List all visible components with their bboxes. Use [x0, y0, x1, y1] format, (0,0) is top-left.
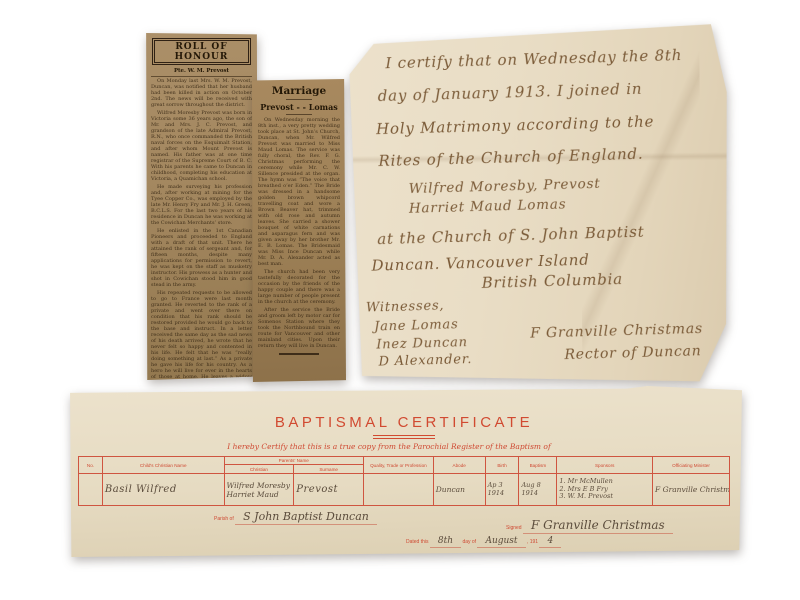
col-baptism: Baptism Aug 8 1914 — [519, 457, 557, 505]
witness-signature: D Alexander. — [378, 352, 472, 370]
cell-birth: Ap 3 1914 — [486, 474, 519, 505]
divider-rule — [286, 114, 312, 115]
parish-label: Parish of — [214, 516, 234, 522]
cell-baptism: Aug 8 1914 — [519, 474, 556, 505]
certify-line: I hereby Certify that this is a true cop… — [66, 442, 712, 451]
photo-of-documents: ROLL OF HONOUR Pte. W. M. Prevost On Mon… — [0, 0, 800, 600]
roll-of-honour-headline-text: ROLL OF HONOUR — [175, 42, 229, 62]
col-birth: Birth Ap 3 1914 — [486, 457, 520, 505]
witness-signature: Inez Duncan — [376, 335, 468, 353]
letter-paper: I certify that on Wednesday the 8th day … — [349, 24, 730, 385]
dated-label: Dated this — [406, 539, 429, 545]
signed-value: F Granville Christmas — [523, 518, 673, 534]
parents-subcolumns: Christian Wilfred Moresby Harriet Maud S… — [225, 465, 364, 505]
col-minister: Officiating Minister F Granville Christm… — [653, 457, 729, 505]
col-abode: Abode Duncan — [434, 457, 486, 505]
dated-day-value: 8th — [430, 536, 461, 548]
cell-parents-surname: Prevost — [294, 474, 363, 505]
col-quality: Quality, Trade or Profession — [364, 457, 434, 505]
rector-title: Rector of Duncan — [564, 343, 702, 363]
subcol-christian: Christian Wilfred Moresby Harriet Maud — [225, 465, 295, 505]
parish-value: S John Baptist Duncan — [235, 510, 377, 525]
roll-paragraph: His repeated requests to be allowed to g… — [151, 290, 252, 386]
child-name-value: Basil Wilfred — [105, 484, 177, 495]
certificate-paper: BAPTISMAL CERTIFICATE I hereby Certify t… — [66, 386, 742, 557]
baptism-year-value: 1914 — [521, 490, 538, 498]
letter-line: British Columbia — [481, 270, 623, 292]
groom-name: Wilfred Moresby, Prevost — [408, 176, 600, 197]
letter-line: day of January 1913. I joined in — [377, 80, 642, 105]
header-abode: Abode — [434, 457, 485, 474]
minister-value: F Granville Christmas — [655, 485, 729, 494]
cell-abode: Duncan — [434, 474, 485, 505]
marriage-paper: Marriage Prevost - - Lomas On Wednesday … — [252, 79, 346, 382]
mother-name-value: Harriet Maud — [227, 490, 279, 499]
header-sponsors: Sponsors — [557, 457, 652, 474]
letter-line: at the Church of S. John Baptist — [377, 223, 645, 248]
end-rule — [279, 353, 319, 355]
marriage-paragraph: After the service the Bride and groom le… — [258, 307, 340, 349]
cell-parents-christian: Wilfred Moresby Harriet Maud — [225, 474, 294, 505]
subcol-surname: Surname Prevost — [294, 465, 363, 505]
title-underline — [373, 435, 435, 439]
birth-year-value: 1914 — [488, 490, 505, 498]
marriage-subheadline: Prevost - - Lomas — [258, 102, 340, 112]
roll-paragraph: On Monday last Mrs. W. M. Prevost, Dunca… — [151, 78, 252, 108]
header-no: No. — [79, 457, 102, 474]
letter-line: I certify that on Wednesday the 8th — [385, 46, 682, 72]
marriage-paragraph: The church had been very tastefully deco… — [258, 269, 340, 305]
abode-value: Duncan — [436, 485, 465, 494]
header-birth: Birth — [486, 457, 519, 474]
roll-of-honour-headline: ROLL OF HONOUR — [152, 38, 251, 65]
roll-paragraph: He made surveying his profession and, af… — [151, 184, 252, 226]
divider-rule — [286, 99, 312, 100]
rector-signature: F Granville Christmas — [530, 321, 703, 342]
header-minister: Officiating Minister — [653, 457, 729, 474]
marriage-headline: Marriage — [258, 85, 340, 97]
witnesses-label: Witnesses, — [366, 298, 445, 315]
roll-subheadline: Pte. W. M. Prevost — [151, 68, 252, 77]
cell-sponsors: 1. Mr McMullen 2. Mrs E B Fry 3. W. M. P… — [557, 474, 652, 505]
roll-paragraph: He enlisted in the 1st Canadian Pioneers… — [151, 228, 252, 288]
father-name-value: Wilfred Moresby — [227, 481, 290, 490]
year-suffix-value: 4 — [539, 536, 561, 548]
col-parents: Parents' Name Christian Wilfred Moresby … — [225, 457, 365, 505]
header-surname: Surname — [294, 465, 363, 474]
witness-signature: Jane Lomas — [374, 317, 459, 334]
sponsor-3-value: 3. W. M. Prevost — [559, 493, 613, 501]
parish-line: Parish of S John Baptist Duncan — [214, 510, 377, 523]
cell-child-name: Basil Wilfred — [103, 474, 224, 505]
header-baptism: Baptism — [519, 457, 556, 474]
letter-line: Holy Matrimony according to the — [376, 112, 655, 138]
signed-line: Signed F Granville Christmas — [506, 518, 673, 532]
surname-value: Prevost — [296, 484, 338, 495]
cell-quality — [364, 474, 433, 505]
signed-label: Signed — [506, 525, 522, 531]
header-christian: Christian — [225, 465, 294, 474]
header-child-name: Child's Christian Name — [103, 457, 224, 474]
col-child-name: Child's Christian Name Basil Wilfred — [103, 457, 225, 505]
roll-paragraph: Wilfred Moresby Prevost was born in Vict… — [151, 110, 252, 182]
header-parents: Parents' Name — [225, 457, 364, 465]
dated-line: Dated this 8th day of August , 191 4 — [406, 536, 561, 546]
letter-line: Rites of the Church of England. — [378, 145, 643, 170]
header-quality: Quality, Trade or Profession — [364, 457, 433, 474]
cell-minister: F Granville Christmas — [653, 474, 729, 505]
day-of-label: day of — [462, 539, 476, 545]
register-table: No. Child's Christian Name Basil Wilfred… — [78, 456, 730, 506]
dated-month-value: August — [477, 536, 525, 548]
col-no: No. — [79, 457, 103, 505]
col-sponsors: Sponsors 1. Mr McMullen 2. Mrs E B Fry 3… — [557, 457, 653, 505]
bride-name: Harriet Maud Lomas — [409, 196, 567, 216]
certificate-title: BAPTISMAL CERTIFICATE — [66, 414, 742, 431]
roll-of-honour-paper: ROLL OF HONOUR Pte. W. M. Prevost On Mon… — [145, 33, 258, 380]
cell-no — [79, 474, 102, 505]
year-prefix-label: , 191 — [527, 539, 538, 545]
marriage-paragraph: On Wednesday morning the 8th inst., a ve… — [258, 117, 340, 267]
